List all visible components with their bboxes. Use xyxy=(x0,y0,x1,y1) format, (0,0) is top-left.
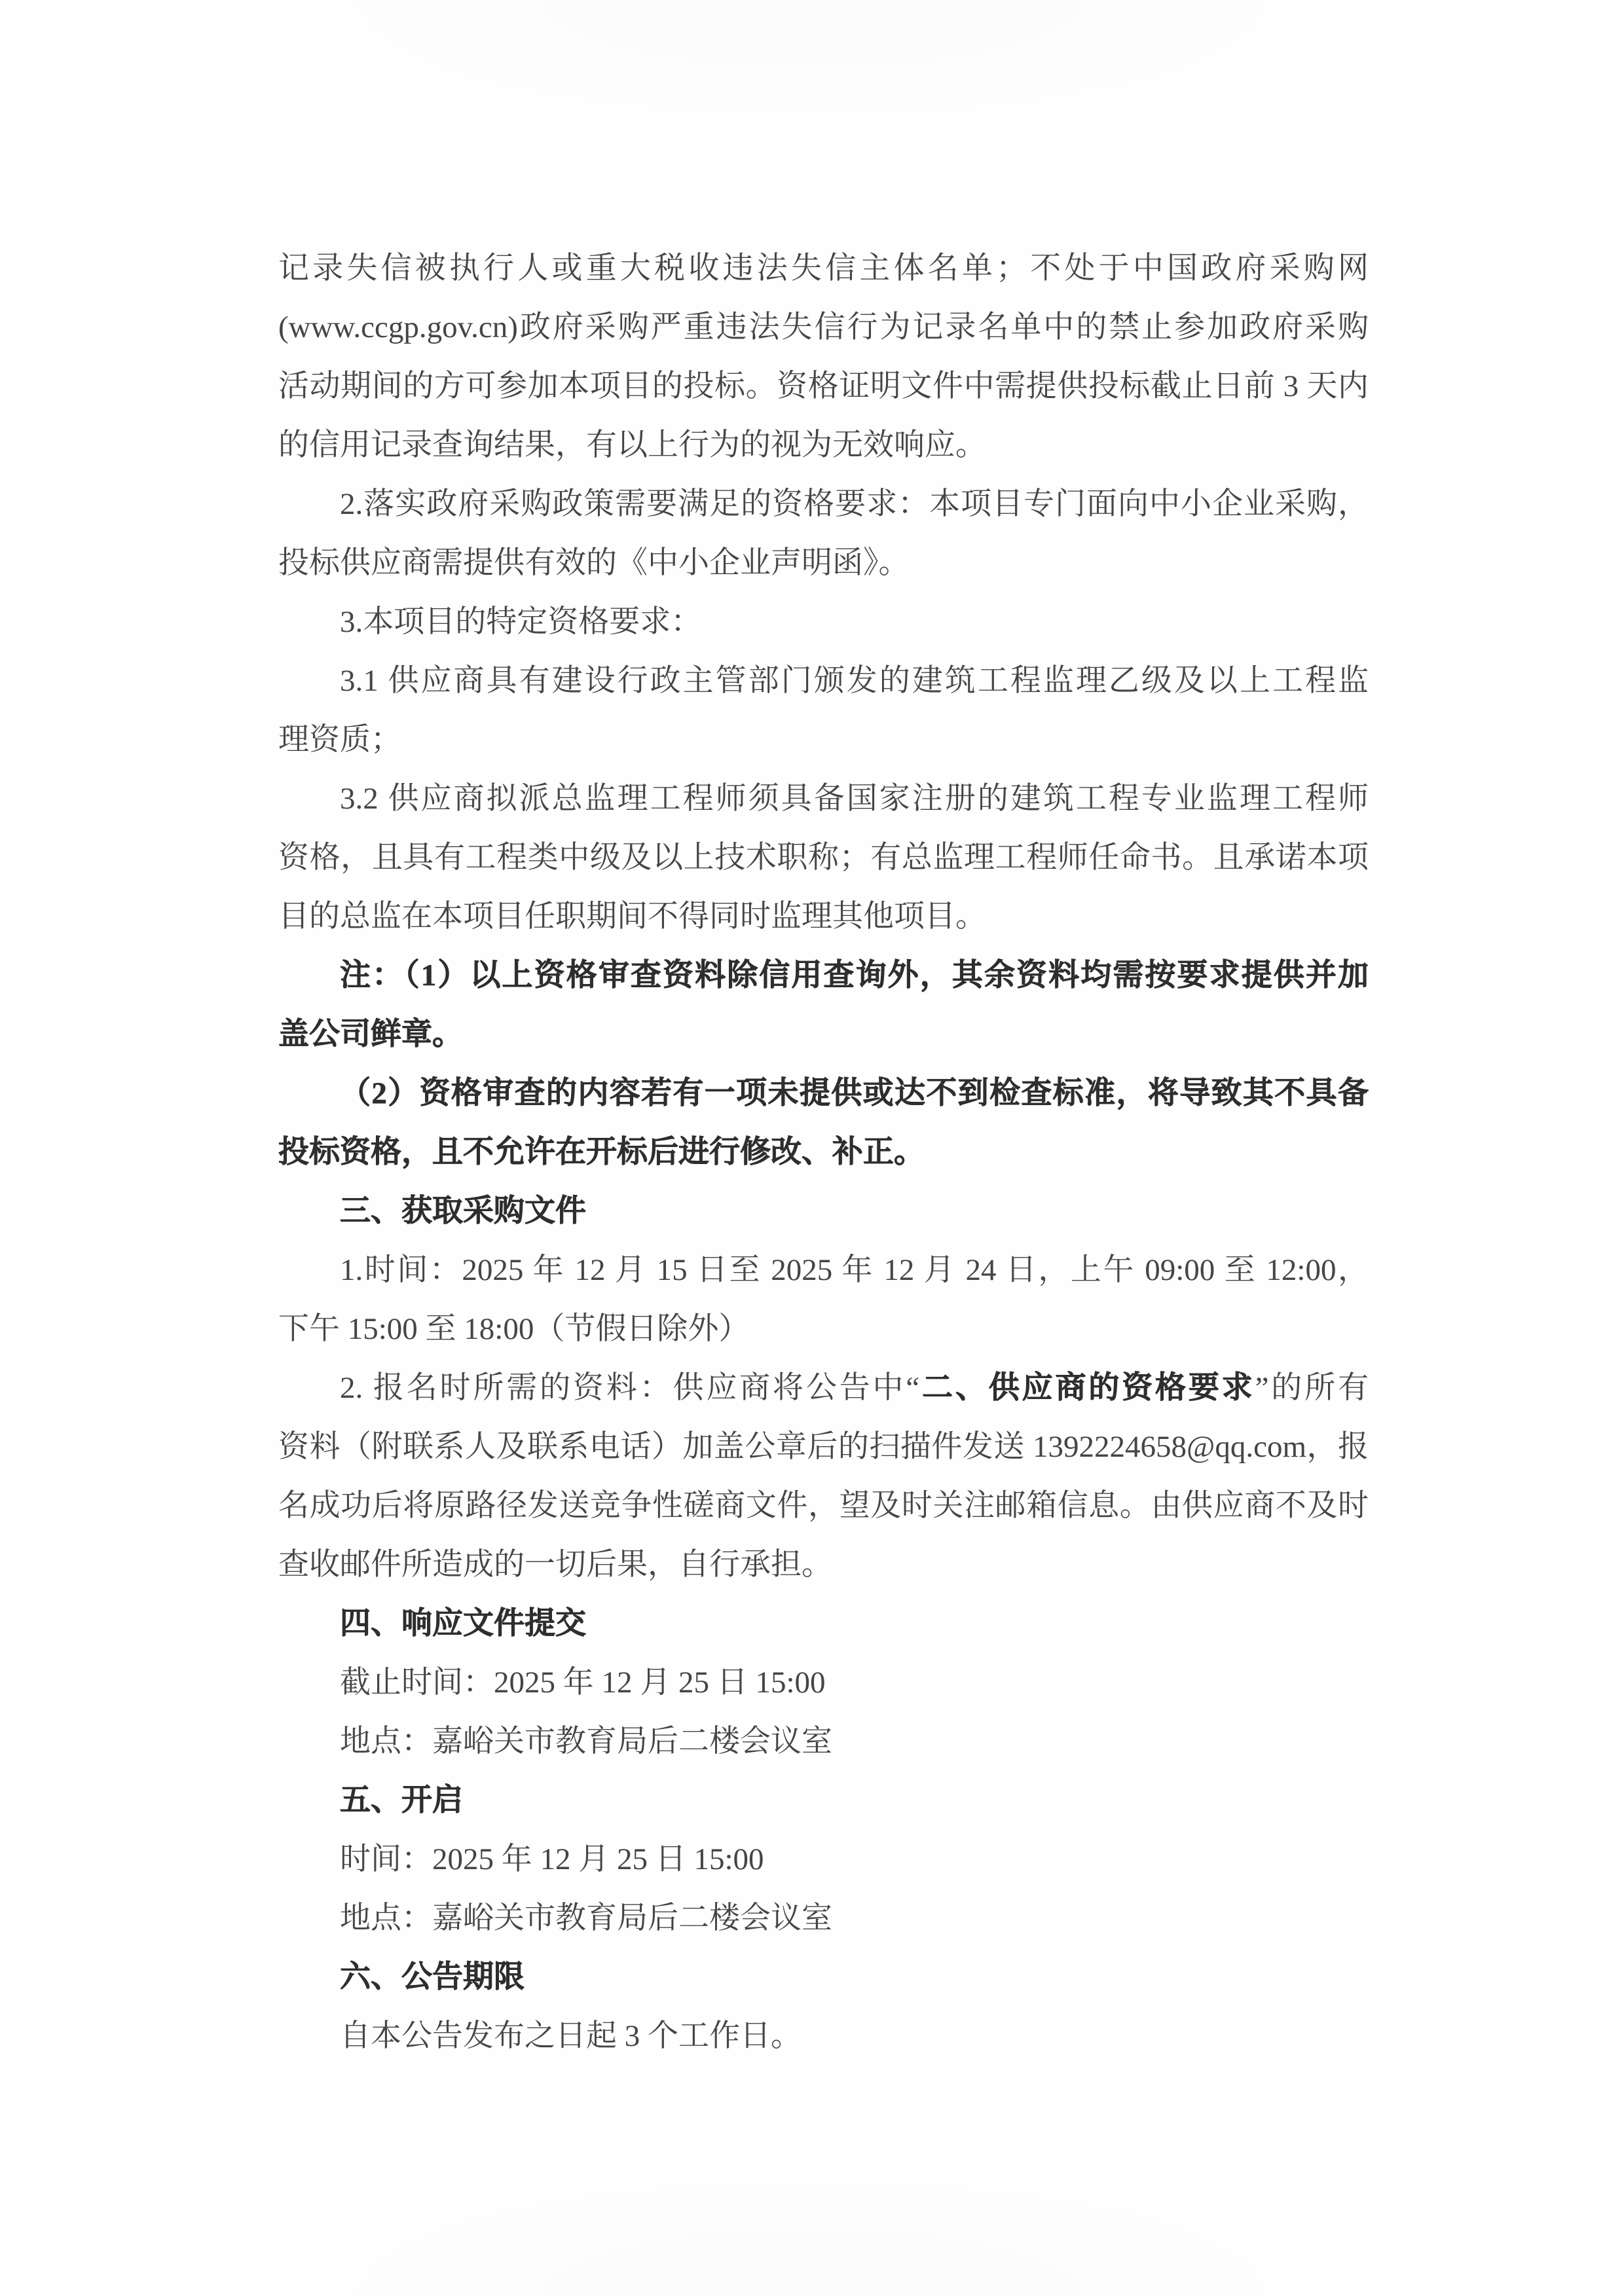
text-line: 地点：嘉峪关市教育局后二楼会议室 xyxy=(278,1889,1369,1948)
text-line: 注：（1）以上资格审查资料除信用查询外，其余资料均需按要求提供并加 xyxy=(278,946,1369,1005)
text-line: 3.本项目的特定资格要求： xyxy=(278,592,1369,651)
text-segment: 名成功后将原路径发送竞争性磋商文件，望及时关注邮箱信息。由供应商不及时 xyxy=(278,1489,1369,1523)
text-line: 理资质； xyxy=(278,710,1369,769)
text-segment: 下午 15:00 至 18:00（节假日除外） xyxy=(278,1312,749,1346)
text-line: 活动期间的方可参加本项目的投标。资格证明文件中需提供投标截止日前 3 天内 xyxy=(278,357,1369,416)
text-segment: 活动期间的方可参加本项目的投标。资格证明文件中需提供投标截止日前 3 天内 xyxy=(278,369,1369,403)
text-line: 资料（附联系人及联系电话）加盖公章后的扫描件发送 1392224658@qq.c… xyxy=(278,1417,1369,1476)
text-line: 三、获取采购文件 xyxy=(278,1182,1369,1241)
bold-text-segment: 盖公司鲜章。 xyxy=(278,1017,463,1051)
bold-text-segment: 六、公告期限 xyxy=(340,1960,525,1994)
text-line: 记录失信被执行人或重大税收违法失信主体名单；不处于中国政府采购网 xyxy=(278,239,1369,298)
text-line: 时间：2025 年 12 月 25 日 15:00 xyxy=(278,1830,1369,1889)
text-line: 五、开启 xyxy=(278,1771,1369,1830)
text-line: （2）资格审查的内容若有一项未提供或达不到检查标准，将导致其不具备 xyxy=(278,1064,1369,1123)
text-line: 盖公司鲜章。 xyxy=(278,1005,1369,1064)
text-line: 投标资格，且不允许在开标后进行修改、补正。 xyxy=(278,1123,1369,1182)
text-segment: 3.本项目的特定资格要求： xyxy=(340,605,701,639)
text-line: 下午 15:00 至 18:00（节假日除外） xyxy=(278,1300,1369,1358)
text-line: 六、公告期限 xyxy=(278,1948,1369,2007)
text-line: 的信用记录查询结果，有以上行为的视为无效响应。 xyxy=(278,416,1369,475)
text-segment: 2. 报名时所需的资料：供应商将公告中“ xyxy=(340,1371,919,1405)
bold-text-segment: 二、供应商的资格要求 xyxy=(919,1371,1255,1405)
document-body: 记录失信被执行人或重大税收违法失信主体名单；不处于中国政府采购网(www.ccg… xyxy=(278,239,1369,2066)
text-segment: 地点：嘉峪关市教育局后二楼会议室 xyxy=(340,1724,832,1758)
text-line: 查收邮件所造成的一切后果，自行承担。 xyxy=(278,1535,1369,1594)
text-segment: 3.2 供应商拟派总监理工程师须具备国家注册的建筑工程专业监理工程师 xyxy=(340,782,1369,816)
bold-text-segment: 注：（1）以上资格审查资料除信用查询外，其余资料均需按要求提供并加 xyxy=(340,958,1369,993)
text-line: 2. 报名时所需的资料：供应商将公告中“二、供应商的资格要求”的所有 xyxy=(278,1358,1369,1417)
bold-text-segment: 五、开启 xyxy=(340,1783,463,1817)
bold-text-segment: 投标资格，且不允许在开标后进行修改、补正。 xyxy=(278,1135,925,1169)
text-line: 四、响应文件提交 xyxy=(278,1594,1369,1653)
text-segment: 地点：嘉峪关市教育局后二楼会议室 xyxy=(340,1901,832,1935)
text-line: 3.2 供应商拟派总监理工程师须具备国家注册的建筑工程专业监理工程师 xyxy=(278,769,1369,828)
text-line: 投标供应商需提供有效的《中小企业声明函》。 xyxy=(278,534,1369,592)
bold-text-segment: 三、获取采购文件 xyxy=(340,1194,586,1228)
text-segment: (www.ccgp.gov.cn)政府采购严重违法失信行为记录名单中的禁止参加政… xyxy=(278,310,1369,344)
text-segment: 查收邮件所造成的一切后果，自行承担。 xyxy=(278,1548,832,1582)
text-segment: 的信用记录查询结果，有以上行为的视为无效响应。 xyxy=(278,428,986,462)
text-segment: 资格，且具有工程类中级及以上技术职称；有总监理工程师任命书。且承诺本项 xyxy=(278,841,1369,875)
text-line: 名成功后将原路径发送竞争性磋商文件，望及时关注邮箱信息。由供应商不及时 xyxy=(278,1476,1369,1535)
text-segment: ”的所有 xyxy=(1255,1371,1369,1405)
bold-text-segment: （2）资格审查的内容若有一项未提供或达不到检查标准，将导致其不具备 xyxy=(340,1076,1369,1110)
text-line: 目的总监在本项目任职期间不得同时监理其他项目。 xyxy=(278,887,1369,946)
text-line: 2.落实政府采购政策需要满足的资格要求：本项目专门面向中小企业采购， xyxy=(278,475,1369,534)
text-segment: 截止时间：2025 年 12 月 25 日 15:00 xyxy=(340,1666,826,1700)
text-line: 资格，且具有工程类中级及以上技术职称；有总监理工程师任命书。且承诺本项 xyxy=(278,828,1369,887)
text-segment: 自本公告发布之日起 3 个工作日。 xyxy=(340,2019,802,2053)
text-segment: 资料（附联系人及联系电话）加盖公章后的扫描件发送 1392224658@qq.c… xyxy=(278,1430,1369,1464)
text-segment: 1.时间：2025 年 12 月 15 日至 2025 年 12 月 24 日，… xyxy=(340,1253,1369,1287)
text-segment: 投标供应商需提供有效的《中小企业声明函》。 xyxy=(278,546,910,580)
bold-text-segment: 四、响应文件提交 xyxy=(340,1607,586,1641)
text-line: 3.1 供应商具有建设行政主管部门颁发的建筑工程监理乙级及以上工程监 xyxy=(278,651,1369,710)
text-segment: 记录失信被执行人或重大税收违法失信主体名单；不处于中国政府采购网 xyxy=(278,251,1369,285)
text-segment: 3.1 供应商具有建设行政主管部门颁发的建筑工程监理乙级及以上工程监 xyxy=(340,664,1369,698)
text-line: 1.时间：2025 年 12 月 15 日至 2025 年 12 月 24 日，… xyxy=(278,1241,1369,1300)
text-segment: 目的总监在本项目任职期间不得同时监理其他项目。 xyxy=(278,900,986,934)
text-segment: 2.落实政府采购政策需要满足的资格要求：本项目专门面向中小企业采购， xyxy=(340,487,1369,521)
text-line: 自本公告发布之日起 3 个工作日。 xyxy=(278,2007,1369,2066)
text-line: 截止时间：2025 年 12 月 25 日 15:00 xyxy=(278,1653,1369,1712)
text-line: 地点：嘉峪关市教育局后二楼会议室 xyxy=(278,1712,1369,1771)
text-segment: 理资质； xyxy=(278,723,401,757)
scanned-document-page: 记录失信被执行人或重大税收违法失信主体名单；不处于中国政府采购网(www.ccg… xyxy=(0,0,1624,2296)
text-segment: 时间：2025 年 12 月 25 日 15:00 xyxy=(340,1842,764,1876)
text-line: (www.ccgp.gov.cn)政府采购严重违法失信行为记录名单中的禁止参加政… xyxy=(278,298,1369,357)
